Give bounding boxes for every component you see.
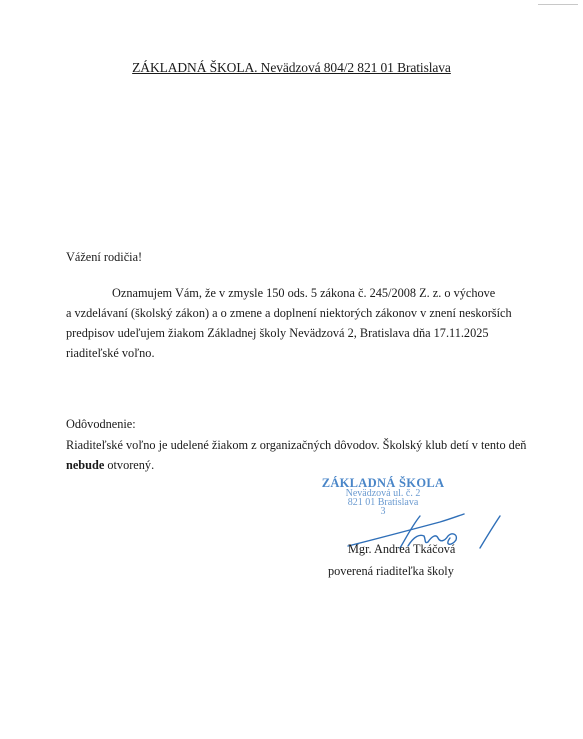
paragraph-line-2: a vzdelávaní (školský zákon) a o zmene a… — [66, 306, 512, 320]
greeting: Vážení rodičia! — [66, 247, 142, 267]
school-header: ZÁKLADNÁ ŠKOLA. Nevädzová 804/2 821 01 B… — [0, 60, 583, 76]
reason-label: Odôvodnenie: — [66, 414, 136, 434]
paragraph-line-4: riaditeľské voľno. — [66, 346, 155, 360]
signer-role: poverená riaditeľka školy — [328, 561, 454, 581]
paragraph-line-1: Oznamujem Vám, že v zmysle 150 ods. 5 zá… — [112, 286, 495, 300]
announcement-paragraph: Oznamujem Vám, že v zmysle 150 ods. 5 zá… — [66, 283, 536, 363]
paragraph-line-3: predpisov udeľujem žiakom Základnej škol… — [66, 326, 489, 340]
top-edge-line — [538, 4, 578, 5]
reason-paragraph: Riaditeľské voľno je udelené žiakom z or… — [66, 435, 536, 475]
reason-line-1: Riaditeľské voľno je udelené žiakom z or… — [66, 438, 526, 452]
reason-emphasis: nebude — [66, 458, 104, 472]
reason-tail: otvorený. — [104, 458, 154, 472]
signer-name: Mgr. Andrea Tkáčová — [348, 539, 455, 559]
